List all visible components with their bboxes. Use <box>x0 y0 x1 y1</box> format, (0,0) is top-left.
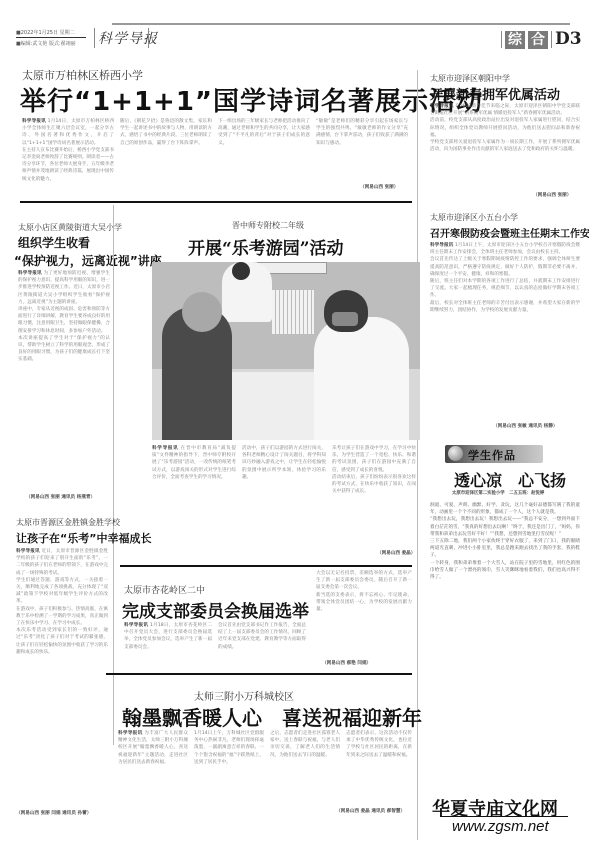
article-kicker: 晋中师专附校二年级 <box>232 220 304 231</box>
article-kicker: 太原市晋源区金胜镇金胜学校 <box>16 517 120 528</box>
article-body: 之后，志愿者们走进社区孤寡老人家中，送上春联与祝福，与老人们亲切交谈，了解老人们… <box>270 730 340 808</box>
article-kicker: 太师三附小万科城校区 <box>194 688 294 703</box>
article-body: “敏敏”是老师们的精彩分享引起在场家长与学生的强烈共鸣，“敏敏老师的作文分享”充… <box>316 118 408 184</box>
article-body: 科学导报讯 1月18日，太原市杏花岭区二中召开党员大会，进行支部委员会换届选举，… <box>124 622 212 656</box>
article-body: 乐考让孩子们在游戏中学习，在学习中快乐，为学生营造了一个宽松、快乐、和谐的考试氛… <box>332 445 416 549</box>
article-body: 会议首先由党支部书记作工作报告，全面总结了上一届支部委员会的工作情况，回顾了近年… <box>218 622 306 656</box>
article-body: 科学导报讯 为了更好地预防近视，增强学生的保护视力意识，提高科学用眼的知识，进一… <box>18 270 110 495</box>
masthead-separator <box>148 28 149 48</box>
article-body: 大会以无记名投票、差额选举的方式，选举产生了新一届支部委员会委员，随后召开了新一… <box>316 570 412 656</box>
student-work-title: 透心凉 心飞扬 <box>454 468 566 491</box>
article-body: 科学导报讯 为丰富广大人民群众精神文化生活，太师三附小万科城校区开展“翰墨飘香暖… <box>118 730 188 808</box>
article-kicker: 太原市迎泽区小五台小学 <box>430 212 518 223</box>
article-headline: “保护视力，远离近视”讲座 <box>14 252 162 269</box>
article-body: 活动中，孩子们以游园的方式进行闯关，各科老师精心设计了闯关题目，将学科知识巧妙融… <box>242 445 326 555</box>
article-kicker: 太原小店区黄陵街道大吴小学 <box>18 222 122 233</box>
site-watermark-url: www.zgsm.net <box>452 818 549 835</box>
article-headline: 举行“1+1+1”国学诗词名著展示活动 <box>20 81 483 118</box>
page-number: D3 <box>555 29 582 49</box>
article-byline: （网易山西 张丽 闫娟 通讯员 孙蕾） <box>16 810 91 816</box>
article-byline: （网易山西 郝艳 闫娟） <box>322 660 371 666</box>
section-rule <box>20 201 412 203</box>
section-separator <box>551 31 552 48</box>
article-headline: 开展新春拥军优属活动 <box>430 84 560 103</box>
article-headline: 开展“乐考游园”活动 <box>188 234 344 259</box>
article-lead: 科学导报讯 <box>22 119 46 124</box>
article-byline: （网易山西 张丽 通讯员 杨燕青） <box>26 494 95 500</box>
article-headline: 让孩子在“乐考”中幸福成长 <box>16 530 151 546</box>
masthead: ■2022年1月25日 星期二 ■编辑:武文艳 版式:翟翊丽 科学导报 综 合 … <box>0 0 589 52</box>
masthead-separator <box>94 28 95 48</box>
student-work-author: 太原市迎泽区第二实验小学 二五五班：赵悦婷 <box>452 490 544 496</box>
article-body: 下一组出场的三年级家长与老师把活动推向了高潮，通过老师和学生的共同分享，让大家感… <box>218 118 310 190</box>
section-rule <box>120 565 412 567</box>
article-byline: （网易山西 姜晶） <box>377 550 415 556</box>
section-rule <box>106 673 412 675</box>
article-byline: （网易山西 张丽） <box>360 184 398 190</box>
article-body: 科学导报讯 在晋中市教育局“减负提质”文件精神的指导下，晋中师专附校开展了“乐考… <box>152 445 236 555</box>
article-headline: 召开寒假防疫会暨班主任期末工作安排会 <box>430 225 589 240</box>
newspaper-logo: 科学导报 <box>98 28 158 48</box>
article-body: 科学导报讯 在2022新春佳节来临之际，太原市迎泽区朝阳中学党支部联合街道社区开… <box>430 103 580 193</box>
article-body: 1月14日上午，万科城社区党群服务中心热闹非凡，老师们现场挥毫泼墨，一副副寓意吉… <box>194 730 264 808</box>
article-byline: （网易山西 张丽） <box>533 192 571 198</box>
section-separator <box>501 31 502 48</box>
editor-credit: ■编辑:武文艳 版式:翟翊丽 <box>16 40 76 47</box>
section-label-char: 合 <box>528 31 548 49</box>
article-kicker: 太原市迎泽区朝阳中学 <box>430 73 510 84</box>
article-body: 科学导报讯 近日，太原市晋源区金胜镇金胜学校的孩子们迎来了别开生面的“乐考”。一… <box>16 548 108 810</box>
article-headline: 完成支部委员会换届选举 <box>122 597 309 622</box>
article-body: 志愿者们表示，这次活动不仅传承了中华优秀传统文化，也拉近了学校与社区居民的距离，… <box>346 730 412 800</box>
article-headline: 组织学生收看 <box>18 234 90 251</box>
issue-date: ■2022年1月25日 星期二 <box>16 29 75 36</box>
watermark-underline <box>440 816 568 817</box>
masthead-rule <box>112 23 570 25</box>
masthead-divider <box>16 37 86 38</box>
section-label-char: 综 <box>505 31 525 49</box>
article-headline: 翰墨飘香暖人心 喜送祝福迎新年 <box>122 702 422 731</box>
article-body: 科学导报讯 1月14日，太原市万柏林区桥西小学全体师生汇聚六层会议室，一起分享古… <box>22 118 114 190</box>
radiator <box>272 290 314 334</box>
article-kicker: 太原市杏花岭区二中 <box>124 583 205 596</box>
globe-icon <box>448 446 463 461</box>
student-work-body: 洞庭、可爱、声朗、幽默、好学、贪玩，这几个毫好品德都写满了我的童年，动画里一个个… <box>430 502 580 790</box>
column-divider <box>113 205 114 745</box>
article-byline: （网易山西 姜晶 通讯员 郝智慧） <box>336 808 405 814</box>
article-body: 科学导报讯 1月14日上午，太原市迎泽区小五台小学校召开寒假防疫会暨班主任期末工… <box>430 242 580 420</box>
article-body: 随后，《朝花夕拾》是鲁迅的散文集，家长和学生一起讲述书中的故事与人物，用朗读的方… <box>120 118 212 190</box>
photo-teacher <box>314 317 409 440</box>
article-photo <box>152 262 420 440</box>
student-work-banner: 学生作品 <box>445 445 543 463</box>
article-byline: （网易山西 张敏 通讯员 杨静） <box>493 423 558 429</box>
